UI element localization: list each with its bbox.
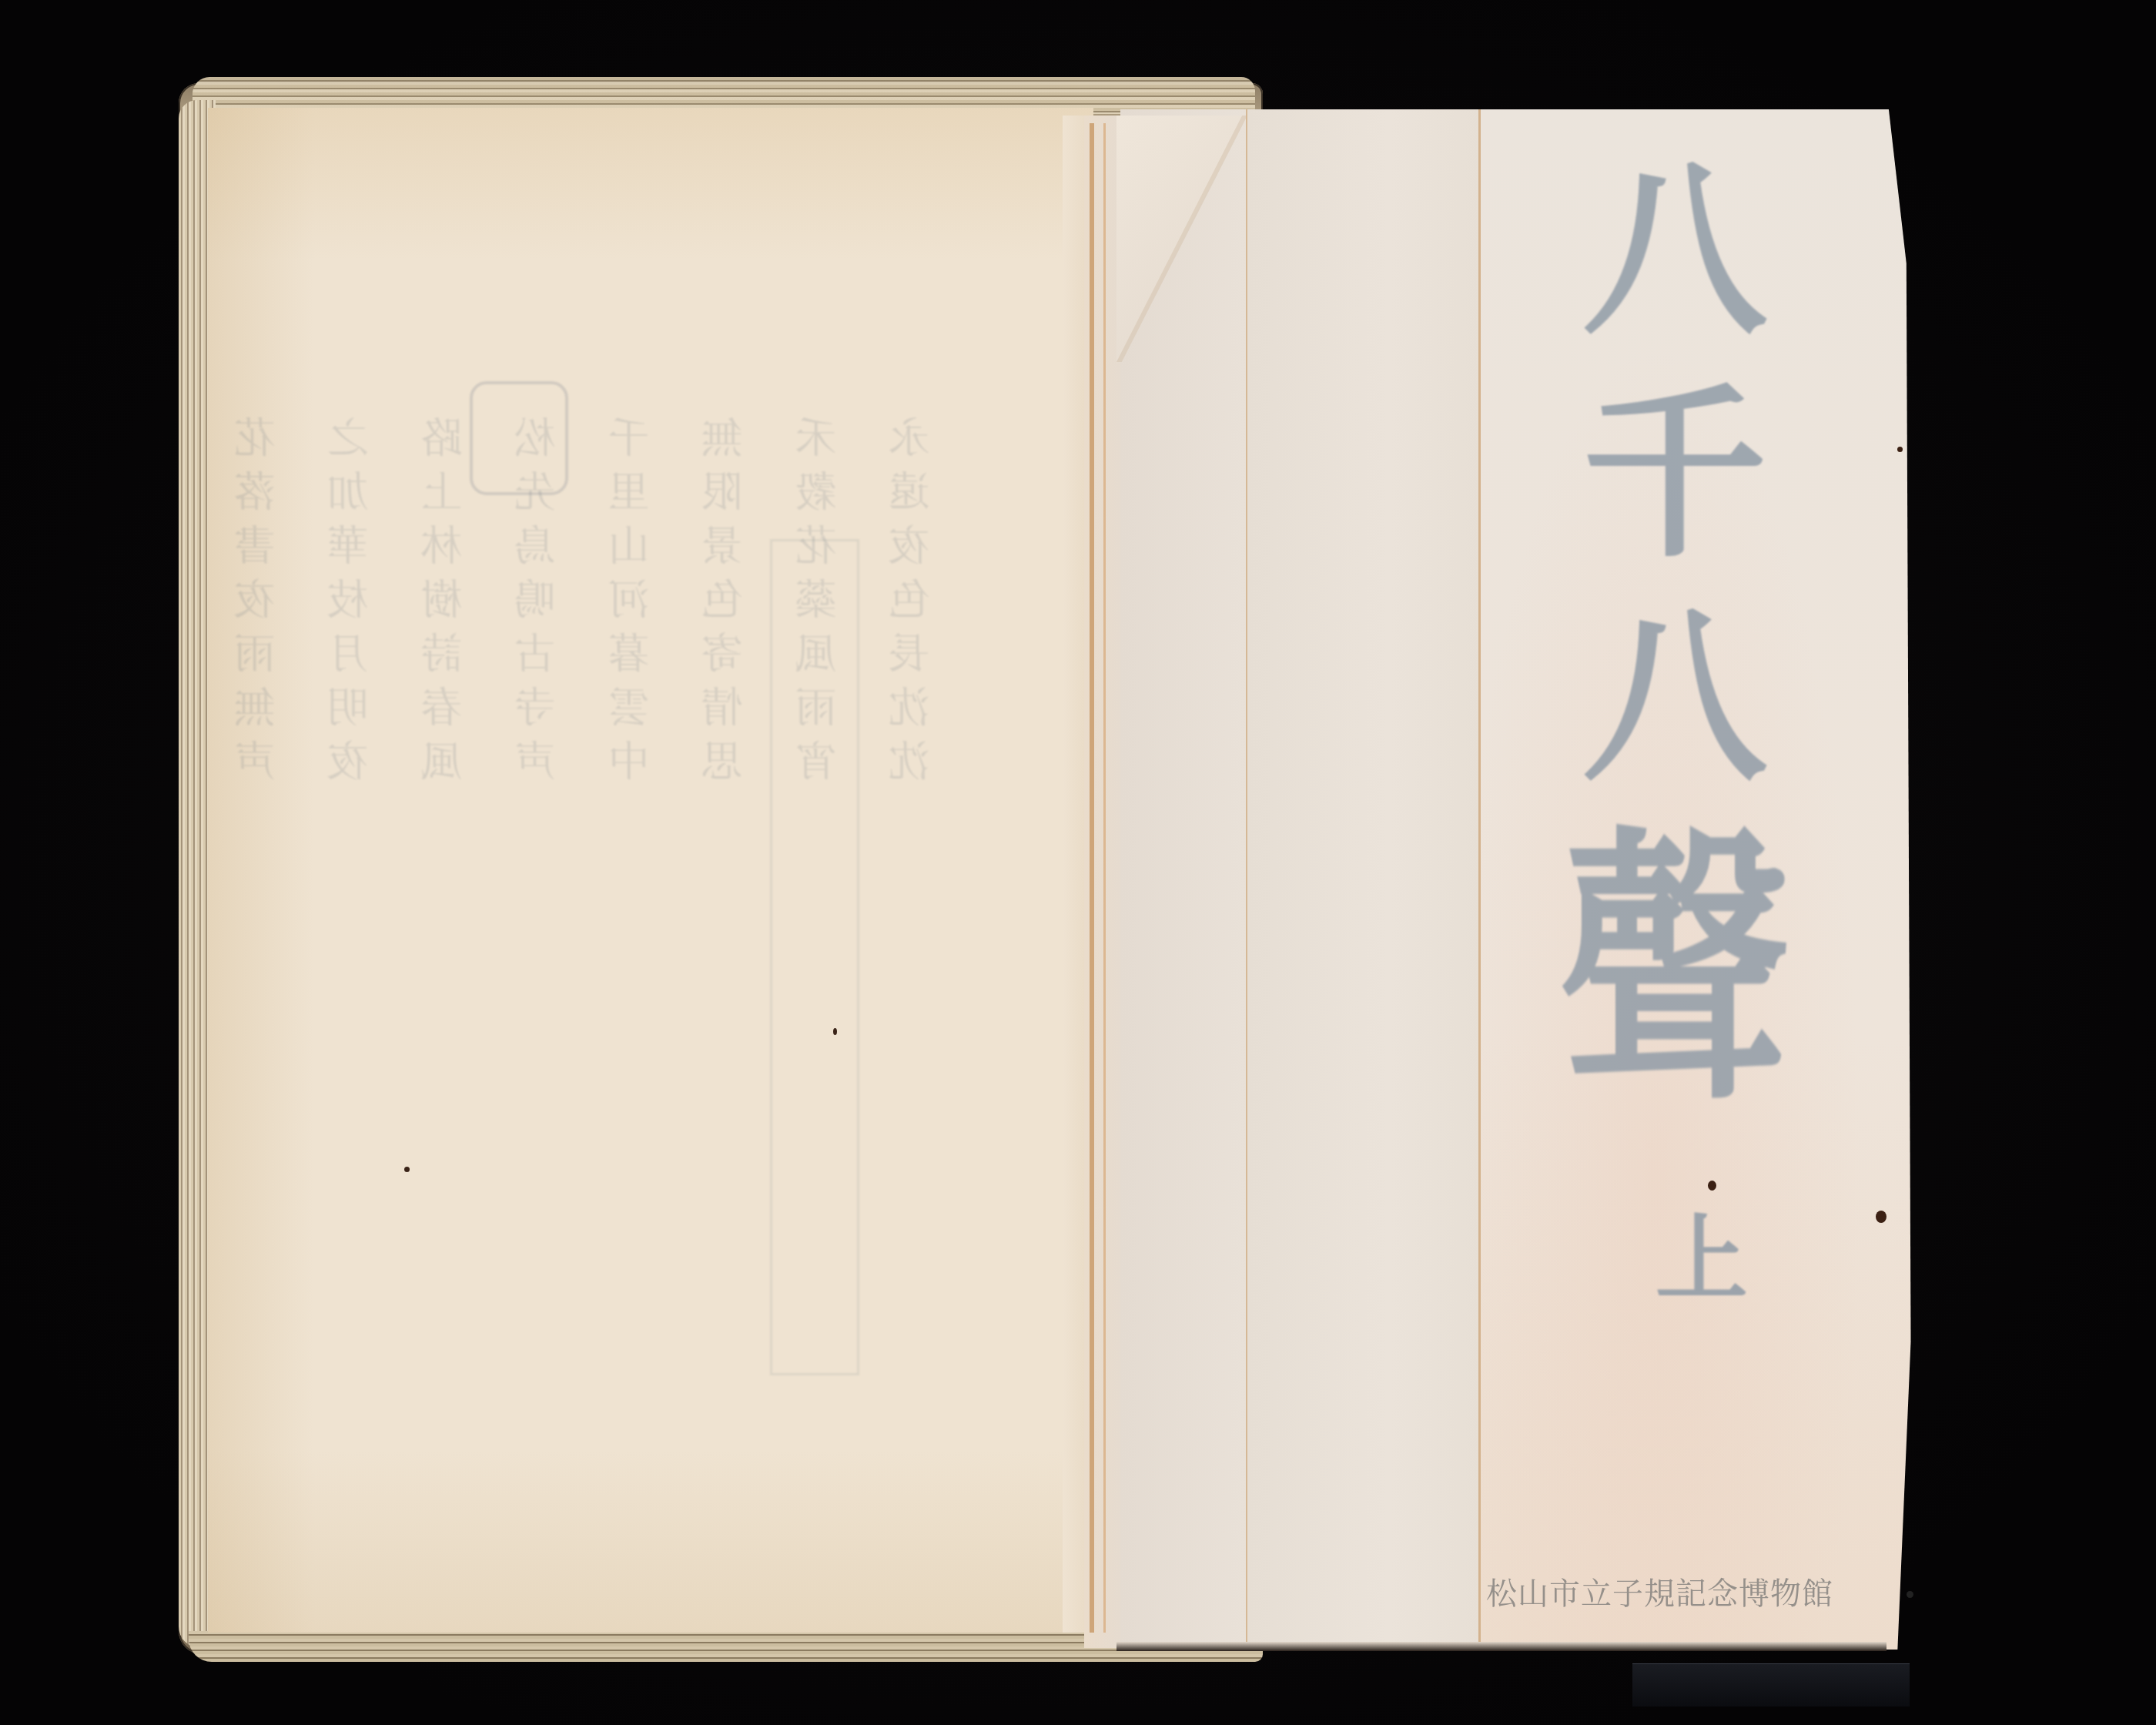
showthrough-column: 松先鳥鳴古寺声 [511,416,565,1417]
museum-watermark: 松山市立子規記念博物館 [1486,1569,1833,1613]
paper-speck [404,1167,410,1172]
showthrough-column: 禾穀花蘂風雨宵 [792,416,846,1417]
showthrough-column: 之加華枝月明夜 [324,416,378,1417]
worm-hole [1876,1211,1886,1223]
showthrough-column: 路上林樹詩春風 [418,416,472,1417]
volume-label: 上 [1655,1186,1748,1318]
acrylic-stand [1632,1663,1910,1707]
showthrough-column: 無限景色寄情思 [698,416,752,1417]
showthrough-column: 花落書夜雨無声 [231,416,285,1417]
fold-crease [1103,123,1106,1633]
watermark-dot [1907,1591,1913,1598]
fold-crease [1090,123,1094,1633]
title-char: 八 [1582,139,1767,362]
cover-flap [1246,109,1482,1650]
paper-speck [1897,447,1903,452]
show-through-text: 永遠夜色長沈沈 禾穀花蘂風雨宵 無限景色寄情思 千里山河暮雲中 松先鳥鳴古寺声 … [231,416,939,1417]
title-char: 千 [1582,362,1767,585]
ink-speck [1708,1181,1716,1191]
cover-bottom-edge [1116,1642,1886,1651]
showthrough-column: 千里山河暮雲中 [605,416,659,1417]
cover-flap-inner [1120,109,1247,1650]
cover-title: 八 千 八 聲 [1548,139,1802,1294]
showthrough-column: 永遠夜色長沈沈 [885,416,939,1417]
paper-speck [833,1028,837,1035]
title-char: 聲 [1559,769,1790,1173]
